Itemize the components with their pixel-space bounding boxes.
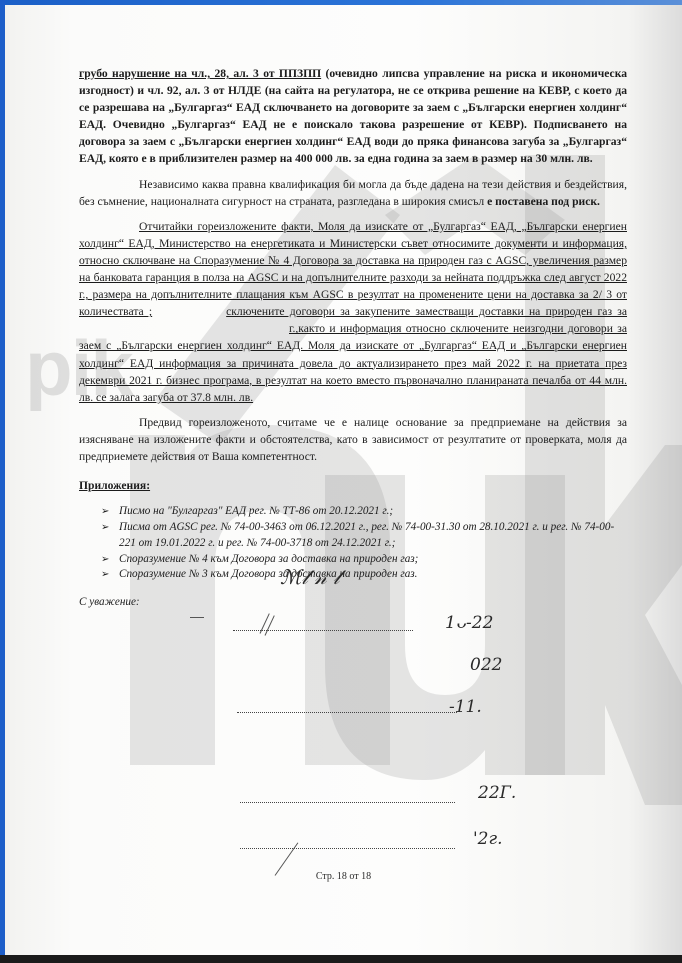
paragraph-national-security: Независимо каква правна квалификация би … [79, 176, 627, 210]
request-part1: Отчитайки гореизложените факти, Моля да … [79, 220, 627, 318]
document-body: грубо нарушение на чл., 28, ал. 3 от ППЗ… [79, 65, 627, 583]
signature-line-3 [237, 711, 457, 713]
attachment-text: Писма от AGSC рег. № 74-00-3463 от 06.12… [119, 521, 614, 549]
attachment-text: Писмо на "Булгаргаз" ЕАД рег. № ТТ-86 от… [119, 505, 393, 517]
attachment-item: ➢Писма от AGSC рег. № 74-00-3463 от 06.1… [101, 520, 627, 552]
paragraph-conclusion: Предвид гореизложеното, считаме че е нал… [79, 414, 627, 465]
signature-line-5 [240, 847, 455, 849]
dash-mark [190, 617, 204, 618]
attachment-text: Споразумение № 4 към Договора за доставк… [119, 553, 418, 565]
arrow-bullet-icon: ➢ [101, 567, 109, 583]
handwritten-date-4: 22Г. [478, 783, 516, 803]
arrow-bullet-icon: ➢ [101, 504, 109, 520]
handwritten-date-1: 1ᴗ-22 [445, 613, 493, 633]
signature-line-4 [240, 801, 455, 803]
arrow-bullet-icon: ➢ [101, 520, 109, 536]
arrow-bullet-icon: ➢ [101, 552, 109, 568]
handwritten-date-3: -11. [449, 697, 482, 717]
request-part3: г.,както и информация относно сключените… [79, 322, 627, 403]
handwritten-initials: ℳ𝓁 𝓃 𝓁 [280, 565, 340, 589]
violation-lead: грубо нарушение на чл., 28, ал. 3 от ППЗ… [79, 67, 321, 80]
violation-text: (очевидно липсва управление на риска и и… [79, 67, 627, 165]
attachment-item: ➢Писмо на "Булгаргаз" ЕАД рег. № ТТ-86 о… [101, 504, 627, 520]
security-bold-tail: е поставена под риск. [487, 195, 600, 208]
attachment-text: Споразумение № 3 към Договора за доставк… [119, 568, 417, 580]
attachments-title: Приложения: [79, 477, 627, 494]
paragraph-violation: грубо нарушение на чл., 28, ал. 3 от ППЗ… [79, 65, 627, 168]
request-part2: сключените договори за закупените замест… [226, 305, 627, 318]
handwritten-date-5: '2г. [473, 829, 502, 849]
attachment-item: ➢Споразумение № 3 към Договора за достав… [101, 567, 627, 583]
attachments-list: ➢Писмо на "Булгаргаз" ЕАД рег. № ТТ-86 о… [79, 504, 627, 583]
handwritten-date-2: 022 [470, 655, 502, 675]
page-number: Стр. 18 от 18 [5, 871, 682, 882]
attachment-item: ➢Споразумение № 4 към Договора за достав… [101, 552, 627, 568]
dark-surface-edge-bottom [0, 955, 682, 963]
document-page: pik грубо нарушение на чл., 28, ал. 3 от… [5, 5, 682, 955]
closing-regards: С уважение: [79, 596, 140, 608]
paragraph-request: Отчитайки гореизложените факти, Моля да … [79, 218, 627, 406]
